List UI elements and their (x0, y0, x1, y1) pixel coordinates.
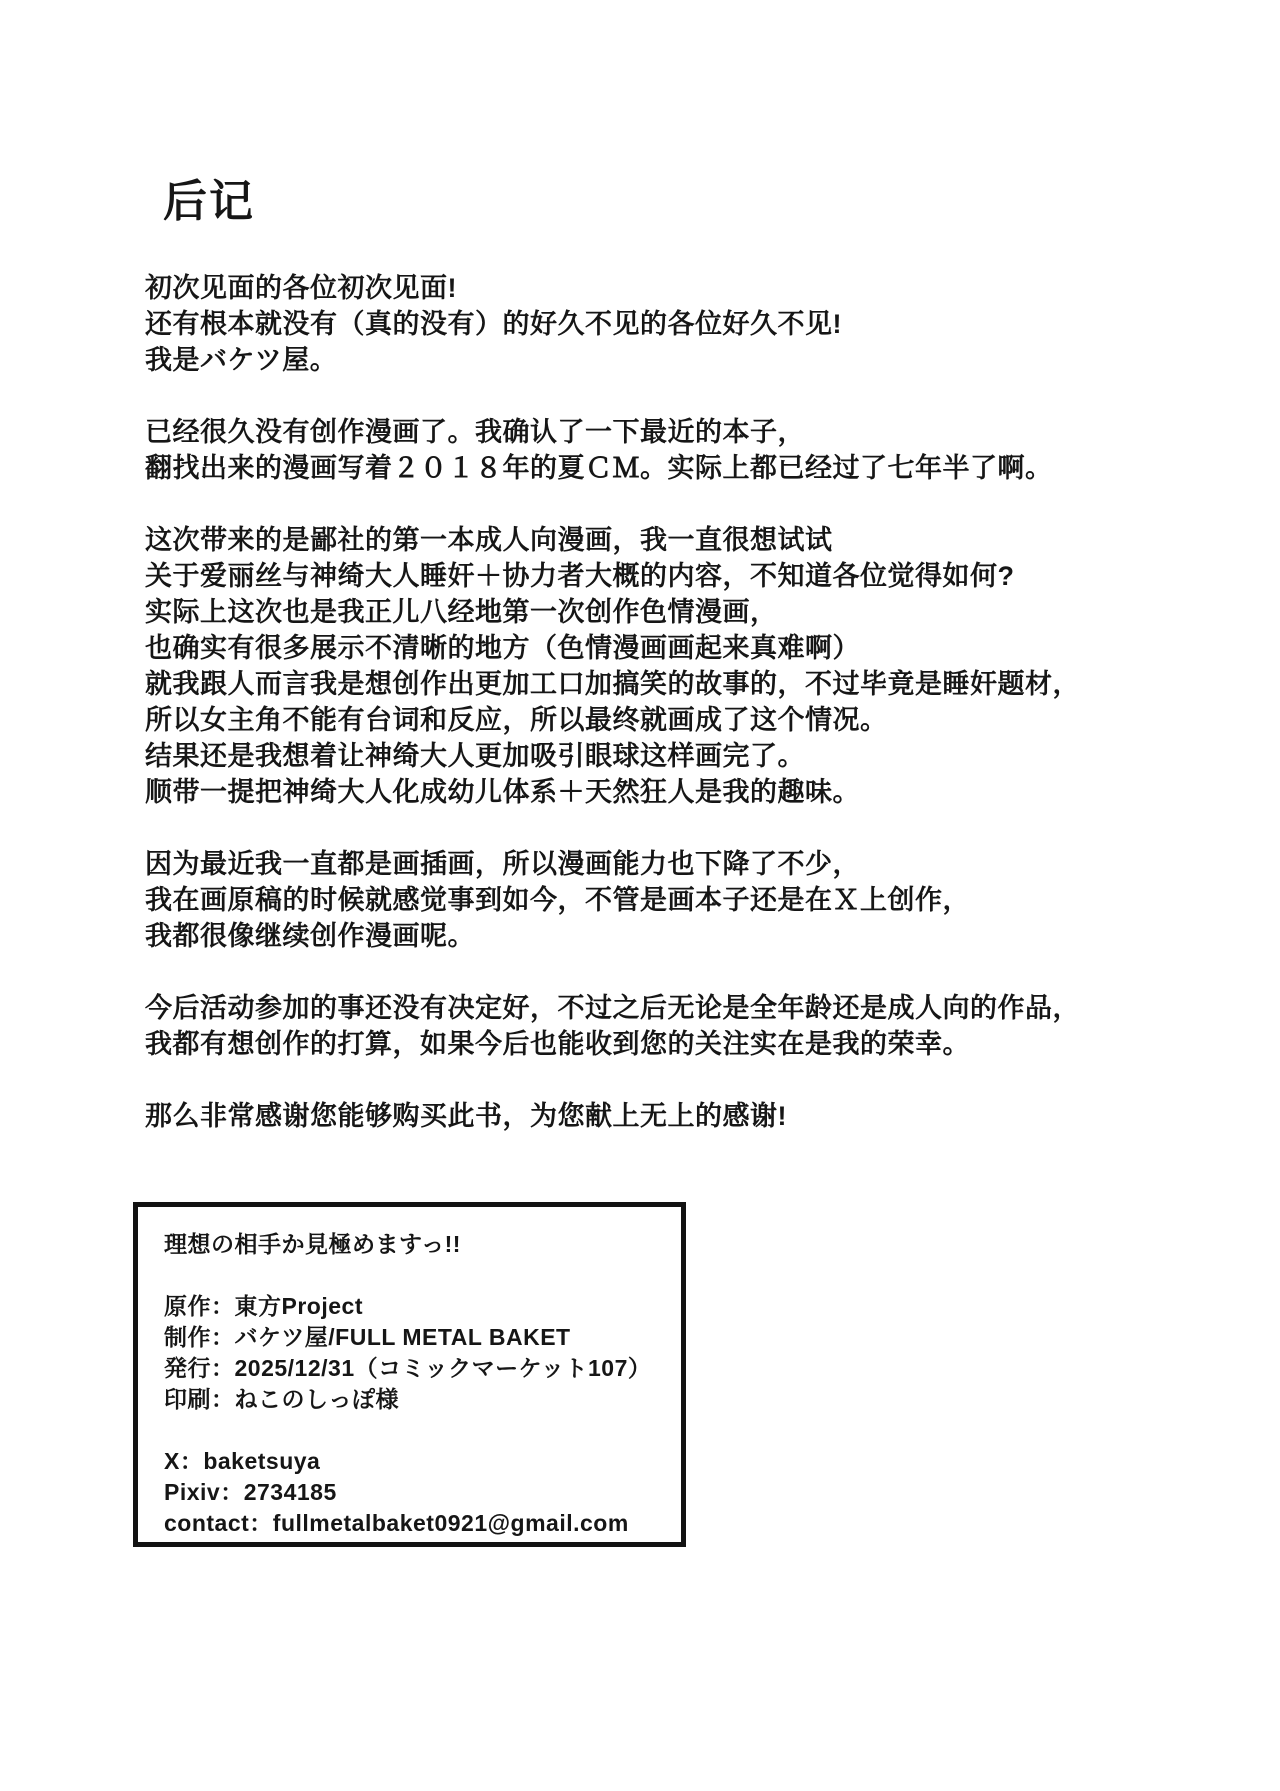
paragraph-greeting: 初次见面的各位初次见面!还有根本就没有（真的没有）的好久不见的各位好久不见!我是… (145, 270, 1080, 378)
colophon-box: 理想の相手か見極めますっ!! 原作：東方Project制作：バケツ屋/FULL … (133, 1202, 686, 1547)
paragraph-future-plans: 今后活动参加的事还没有决定好，不过之后无论是全年龄还是成人向的作品，我都有想创作… (145, 990, 1080, 1062)
paragraph-thanks: 那么非常感谢您能够购买此书，为您献上无上的感谢! (145, 1098, 1080, 1134)
colophon-credits: 原作：東方Project制作：バケツ屋/FULL METAL BAKET発行：2… (164, 1291, 663, 1415)
afterword-page: 后记 初次见面的各位初次见面!还有根本就没有（真的没有）的好久不见的各位好久不见… (0, 0, 1280, 1791)
afterword-text: 初次见面的各位初次见面!还有根本就没有（真的没有）的好久不见的各位好久不见!我是… (145, 270, 1080, 1170)
paragraph-illustration-work: 因为最近我一直都是画插画，所以漫画能力也下降了不少，我在画原稿的时候就感觉事到如… (145, 846, 1080, 954)
paragraph-about-this-book: 这次带来的是鄙社的第一本成人向漫画，我一直很想试试关于爱丽丝与神绮大人睡奸＋协力… (145, 522, 1080, 810)
page-title: 后记 (163, 176, 255, 228)
colophon-contacts: X：baketsuyaPixiv：2734185contact：fullmeta… (164, 1446, 663, 1539)
colophon-tagline: 理想の相手か見極めますっ!! (164, 1229, 663, 1260)
paragraph-hiatus: 已经很久没有创作漫画了。我确认了一下最近的本子，翻找出来的漫画写着２０１８年的夏… (145, 414, 1080, 486)
